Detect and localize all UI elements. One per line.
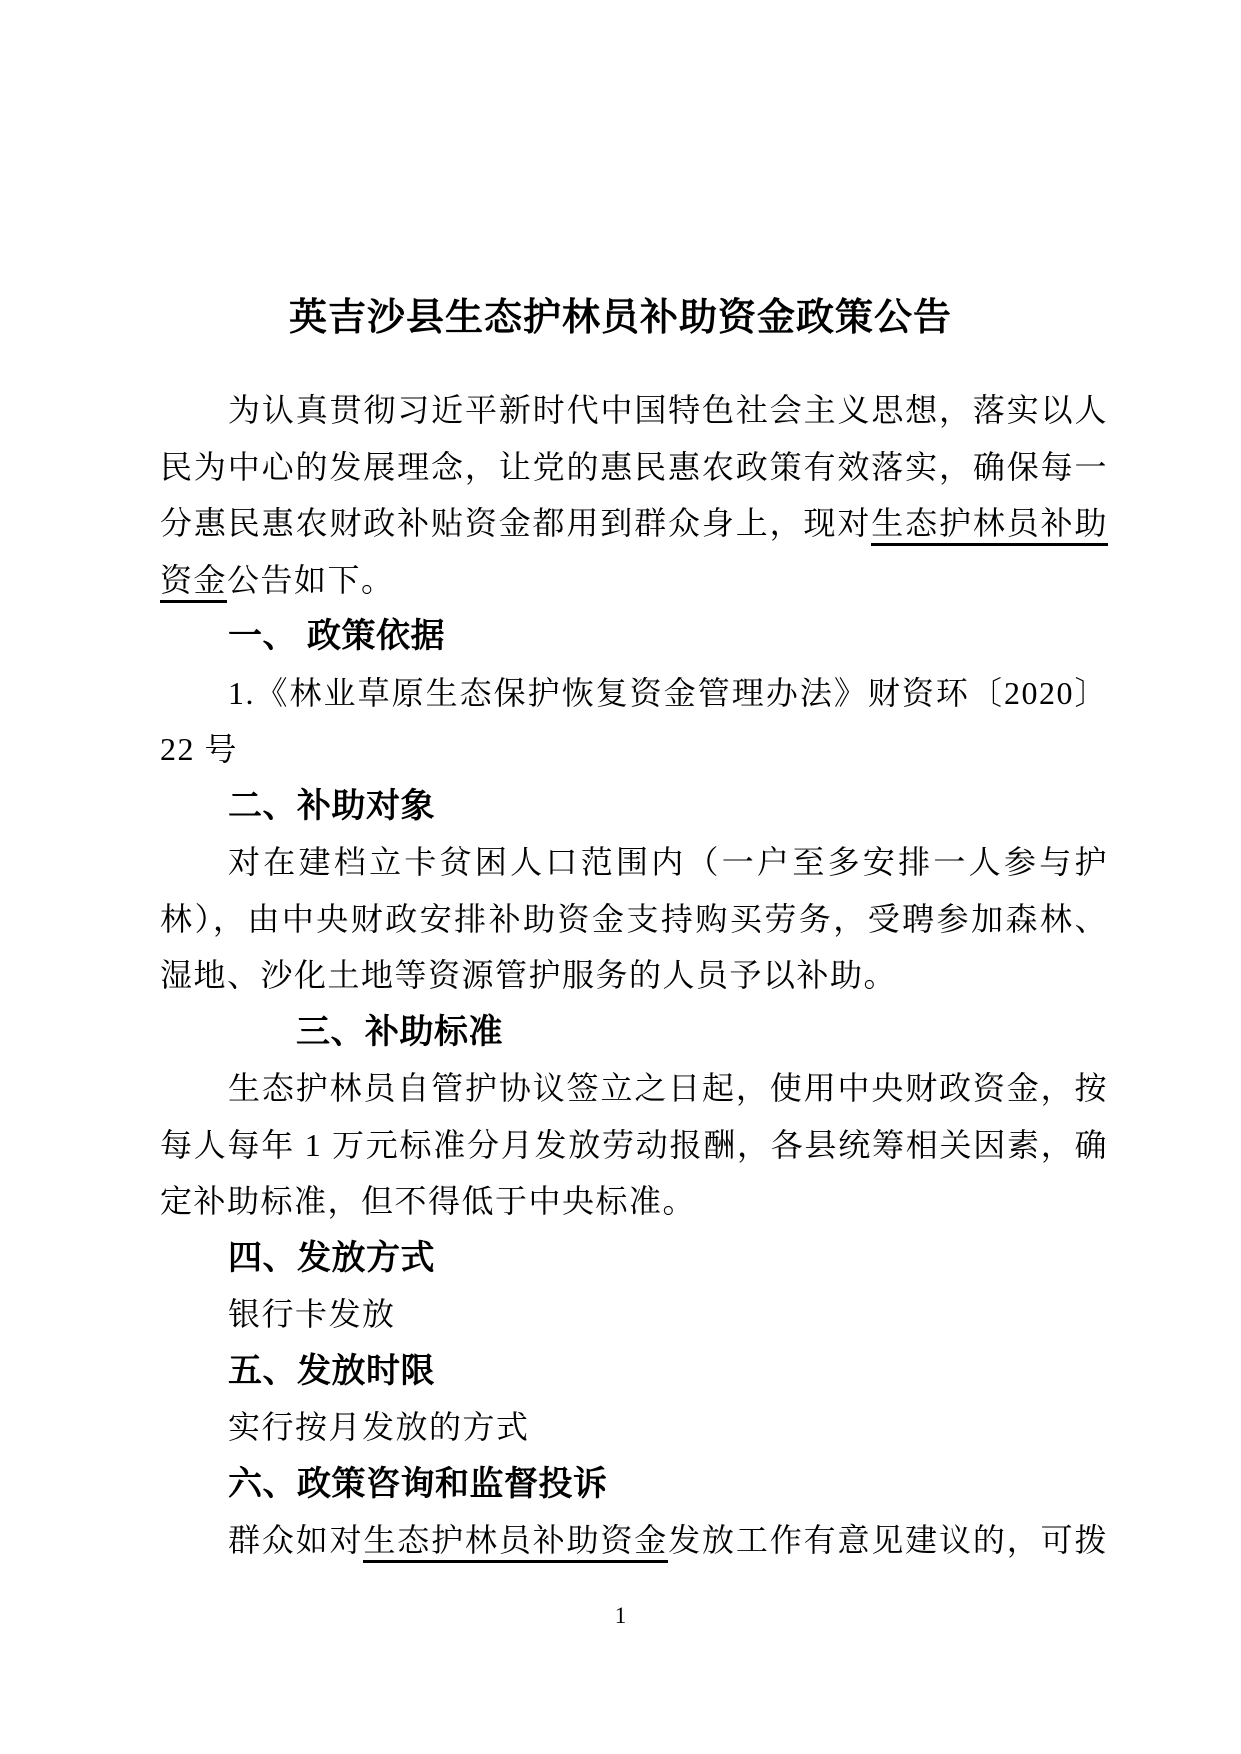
- text-line: 每人每年 1 万元标准分月发放劳动报酬，各县统筹相关因素，确: [160, 1117, 1108, 1174]
- page-number: 1: [0, 1598, 1241, 1634]
- text-line: 银行卡发放: [160, 1286, 1108, 1343]
- text-line: 对在建档立卡贫困人口范围内（一户至多安排一人参与护: [160, 834, 1108, 891]
- section-heading: 五、发放时限: [160, 1343, 1108, 1400]
- text-segment: 湿地、沙化土地等资源管护服务的人员予以补助。: [160, 957, 897, 993]
- underlined-text: 生态护林员补助: [871, 505, 1108, 546]
- text-line: 生态护林员自管护协议签立之日起，使用中央财政资金，按: [160, 1060, 1108, 1117]
- text-segment: 生态护林员自管护协议签立之日起，使用中央财政资金，按: [228, 1070, 1108, 1106]
- text-line: 民为中心的发展理念，让党的惠民惠农政策有效落实，确保每一: [160, 439, 1108, 496]
- text-segment: 对在建档立卡贫困人口范围内（一户至多安排一人参与护: [228, 844, 1108, 880]
- text-line: 群众如对生态护林员补助资金发放工作有意见建议的，可拨: [160, 1512, 1108, 1569]
- text-segment: 22 号: [160, 731, 238, 767]
- document-title: 英吉沙县生态护林员补助资金政策公告: [0, 288, 1241, 348]
- text-segment: 银行卡发放: [228, 1296, 396, 1332]
- section-heading: 三、补助标准: [160, 1004, 1108, 1061]
- text-line: 定补助标准，但不得低于中央标准。: [160, 1173, 1108, 1230]
- text-line: 林），由中央财政安排补助资金支持购买劳务，受聘参加森林、: [160, 891, 1108, 948]
- text-segment: 实行按月发放的方式: [228, 1409, 530, 1445]
- section-heading: 六、政策咨询和监督投诉: [160, 1456, 1108, 1513]
- text-segment: 群众如对: [228, 1522, 363, 1558]
- section-heading: 一、 政策依据: [160, 608, 1108, 665]
- text-segment: 公告如下。: [227, 562, 395, 598]
- text-segment: 定补助标准，但不得低于中央标准。: [160, 1183, 696, 1219]
- text-line: 1.《林业草原生态保护恢复资金管理办法》财资环〔2020〕: [160, 665, 1108, 722]
- underlined-text: 资金: [160, 562, 227, 603]
- text-line: 资金公告如下。: [160, 552, 1108, 609]
- text-segment: 发放工作有意见建议的，可拨: [668, 1522, 1108, 1558]
- text-segment: 每人每年 1 万元标准分月发放劳动报酬，各县统筹相关因素，确: [160, 1127, 1108, 1163]
- text-segment: 民为中心的发展理念，让党的惠民惠农政策有效落实，确保每一: [160, 449, 1108, 485]
- text-line: 分惠民惠农财政补贴资金都用到群众身上，现对生态护林员补助: [160, 495, 1108, 552]
- document-page: 英吉沙县生态护林员补助资金政策公告 为认真贯彻习近平新时代中国特色社会主义思想，…: [0, 0, 1241, 1754]
- document-body: 为认真贯彻习近平新时代中国特色社会主义思想，落实以人民为中心的发展理念，让党的惠…: [160, 382, 1108, 1569]
- section-heading: 四、发放方式: [160, 1230, 1108, 1287]
- text-segment: 1.《林业草原生态保护恢复资金管理办法》财资环〔2020〕: [228, 675, 1108, 711]
- section-heading: 二、补助对象: [160, 778, 1108, 835]
- text-segment: 为认真贯彻习近平新时代中国特色社会主义思想，落实以人: [228, 392, 1108, 428]
- text-line: 22 号: [160, 721, 1108, 778]
- text-line: 湿地、沙化土地等资源管护服务的人员予以补助。: [160, 947, 1108, 1004]
- underlined-text: 生态护林员补助资金: [363, 1522, 668, 1563]
- text-line: 实行按月发放的方式: [160, 1399, 1108, 1456]
- text-segment: 林），由中央财政安排补助资金支持购买劳务，受聘参加森林、: [160, 901, 1108, 937]
- text-segment: 分惠民惠农财政补贴资金都用到群众身上，现对: [160, 505, 871, 541]
- text-line: 为认真贯彻习近平新时代中国特色社会主义思想，落实以人: [160, 382, 1108, 439]
